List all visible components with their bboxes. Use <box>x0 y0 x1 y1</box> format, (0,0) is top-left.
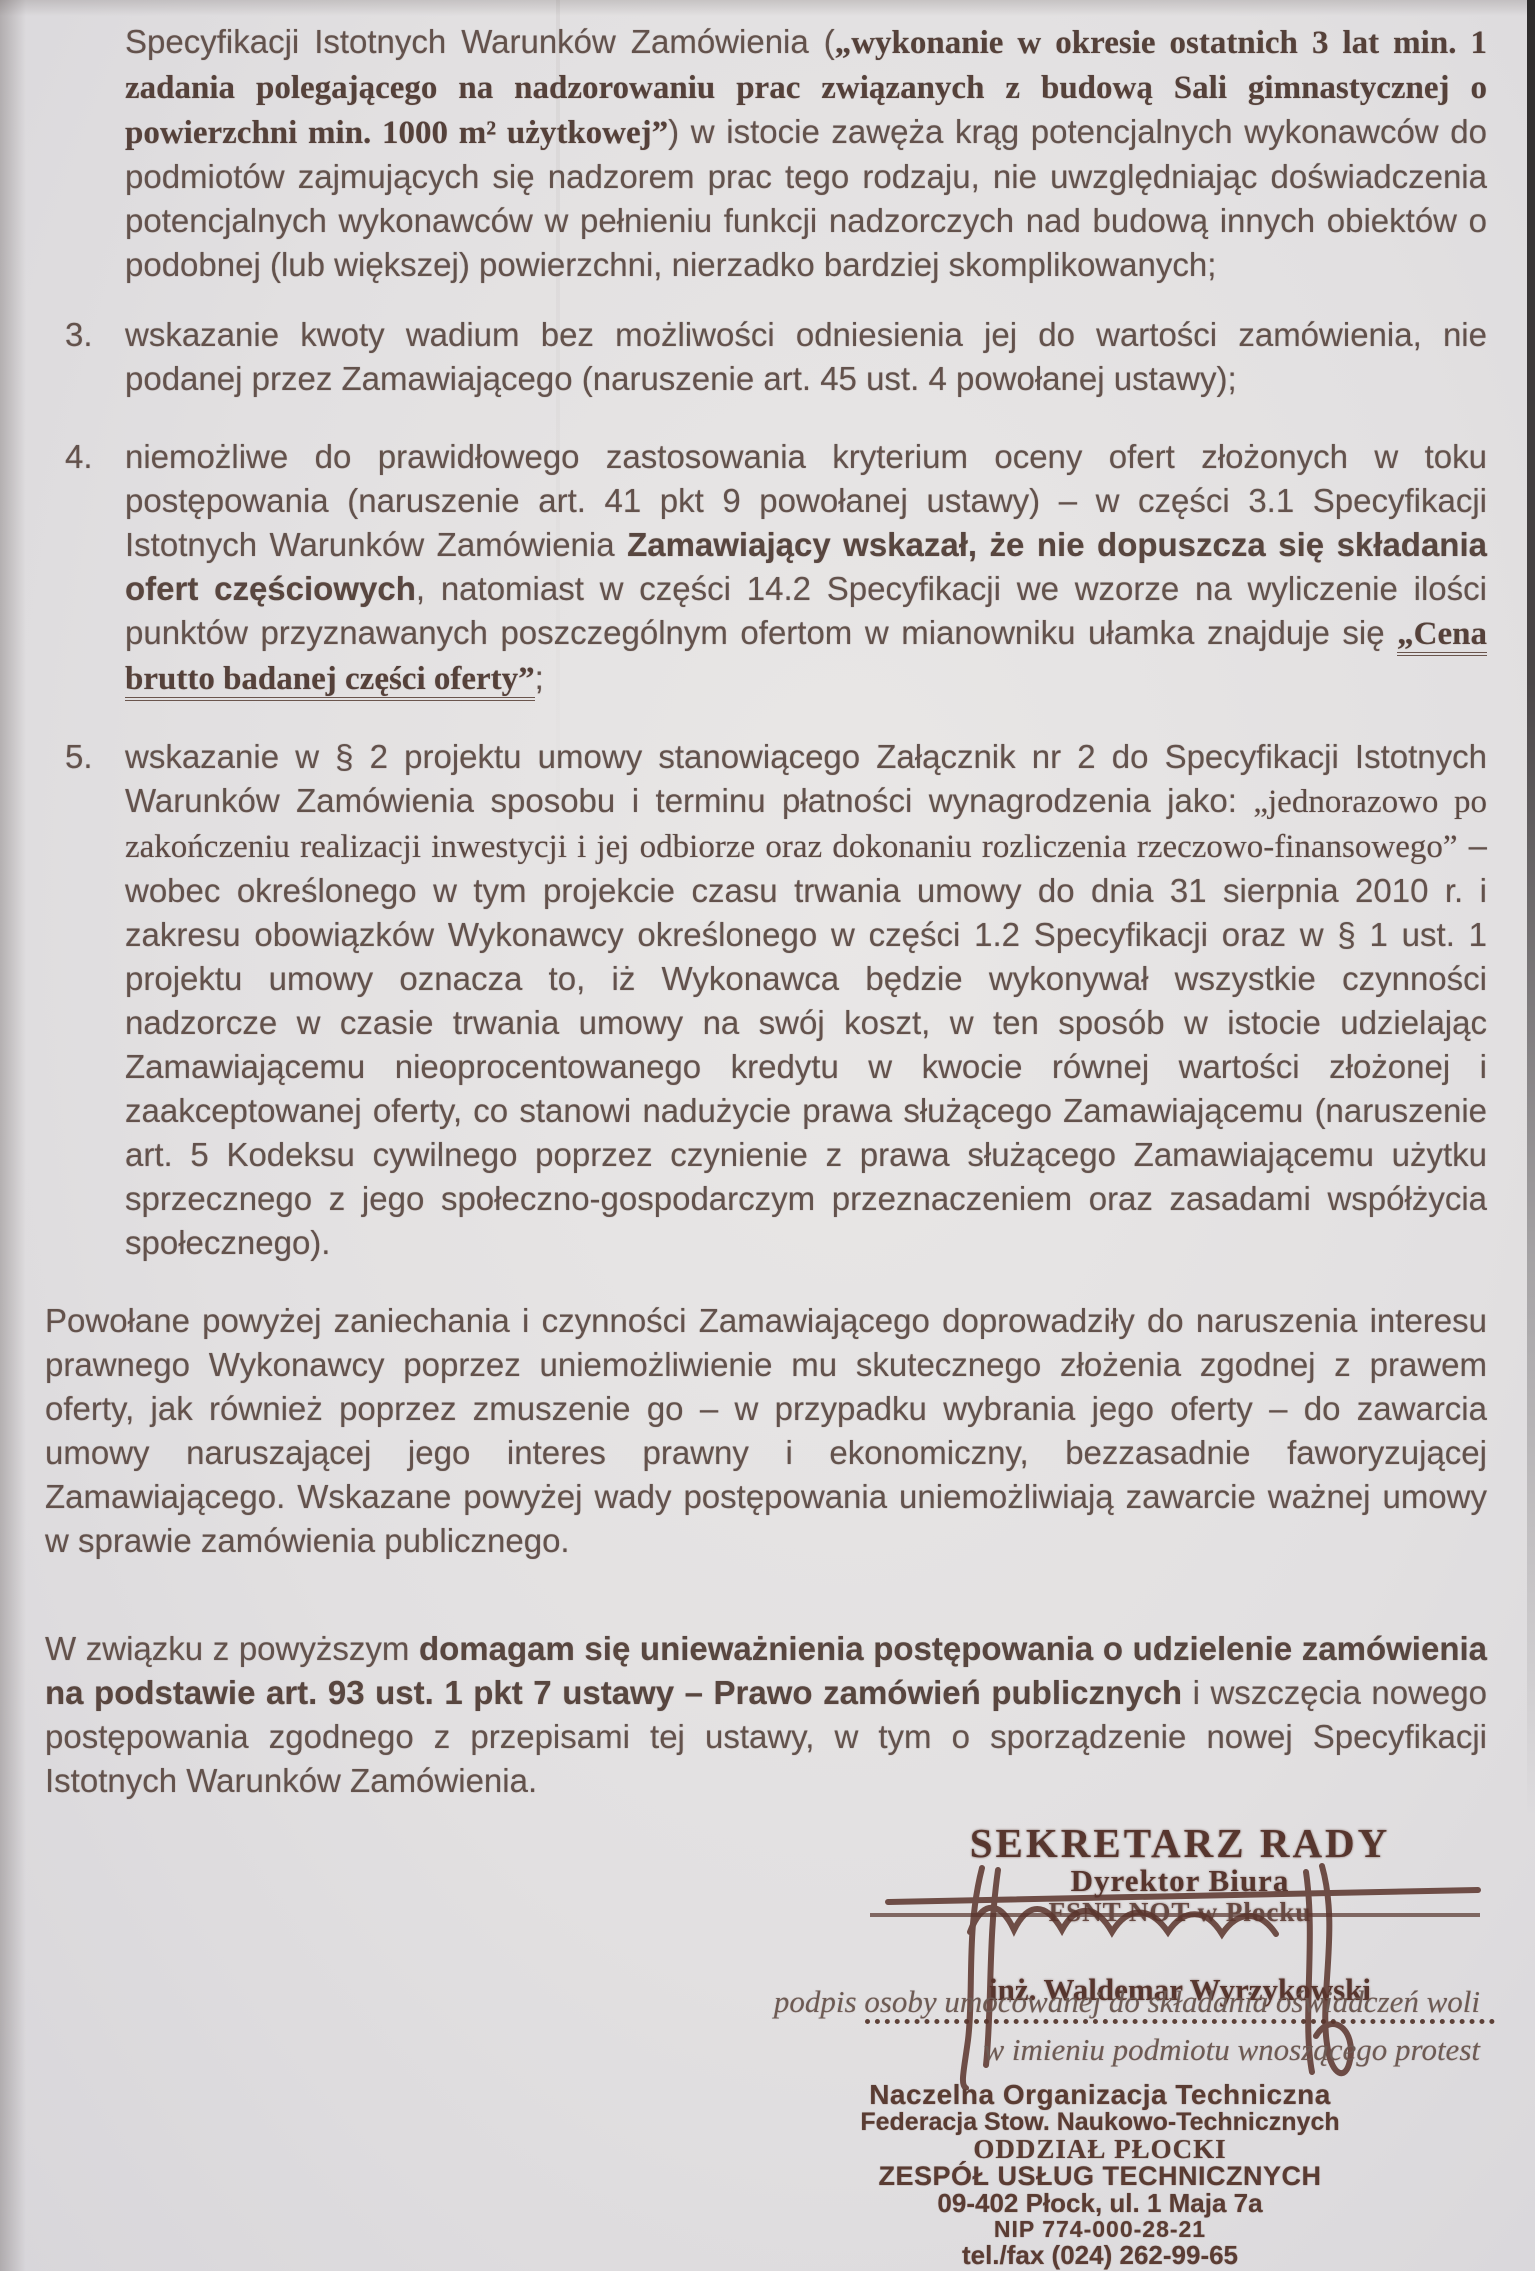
org-stamp-line: ODDZIAŁ PŁOCKI <box>660 2136 1535 2163</box>
item-number: 3. <box>65 313 125 401</box>
org-stamp-line: NIP 774-000-28-21 <box>660 2217 1535 2242</box>
numbered-item-5: 5. wskazanie w § 2 projektu umowy stanow… <box>0 735 1487 1265</box>
numbered-item-3: 3. wskazanie kwoty wadium bez możliwości… <box>0 313 1487 401</box>
numbered-item-4: 4. niemożliwe do prawidłowego zastosowan… <box>0 435 1487 701</box>
item-text: wskazanie kwoty wadium bez możliwości od… <box>125 313 1487 401</box>
item-number: 4. <box>65 435 125 701</box>
org-stamp-line: tel./fax (024) 262-99-65 <box>660 2242 1535 2269</box>
item-text: wskazanie w § 2 projektu umowy stanowiąc… <box>125 735 1487 1265</box>
stamp-subtitle: Dyrektor Biura <box>850 1864 1510 1897</box>
stamp-title: SEKRETARZ RADY <box>850 1822 1510 1864</box>
org-stamp-line: 09-402 Płock, ul. 1 Maja 7a <box>660 2190 1535 2217</box>
item-text: niemożliwe do prawidłowego zastosowania … <box>125 435 1487 701</box>
org-stamp-line: ZESPÓŁ USŁUG TECHNICZNYCH <box>660 2163 1535 2190</box>
item-number: 5. <box>65 735 125 1265</box>
org-stamp-line: Naczelna Organizacja Techniczna <box>660 2080 1535 2109</box>
org-stamp-line: Federacja Stow. Naukowo-Technicznych <box>660 2109 1535 2136</box>
intro-paragraph: Specyfikacji Istotnych Warunków Zamówien… <box>125 20 1487 287</box>
organisation-stamp: Naczelna Organizacja Techniczna Federacj… <box>660 2080 1535 2269</box>
stamp-strike-line <box>870 1913 1480 1917</box>
page-background: Specyfikacji Istotnych Warunków Zamówien… <box>0 0 1535 2271</box>
signature-caption-line-2: w imieniu podmiotu wnoszącego protest <box>340 2026 1480 2074</box>
closing-paragraph-2: W związku z powyższym domagam się uniewa… <box>45 1627 1487 1803</box>
document-body: Specyfikacji Istotnych Warunków Zamówien… <box>0 0 1535 1833</box>
closing-paragraph-1: Powołane powyżej zaniechania i czynności… <box>45 1299 1487 1563</box>
scanned-document-page: { "page": { "paper_color": "#e6e4e3", "i… <box>0 0 1535 2271</box>
stamp-org-text: FSNT NOT w Płocku <box>1049 1897 1312 1927</box>
stamp-org-line: FSNT NOT w Płocku <box>850 1897 1510 1927</box>
signature-caption-line-1: podpis osoby umocowanej do składania ośw… <box>340 1978 1480 2026</box>
signature-captions: podpis osoby umocowanej do składania ośw… <box>340 1978 1480 2074</box>
